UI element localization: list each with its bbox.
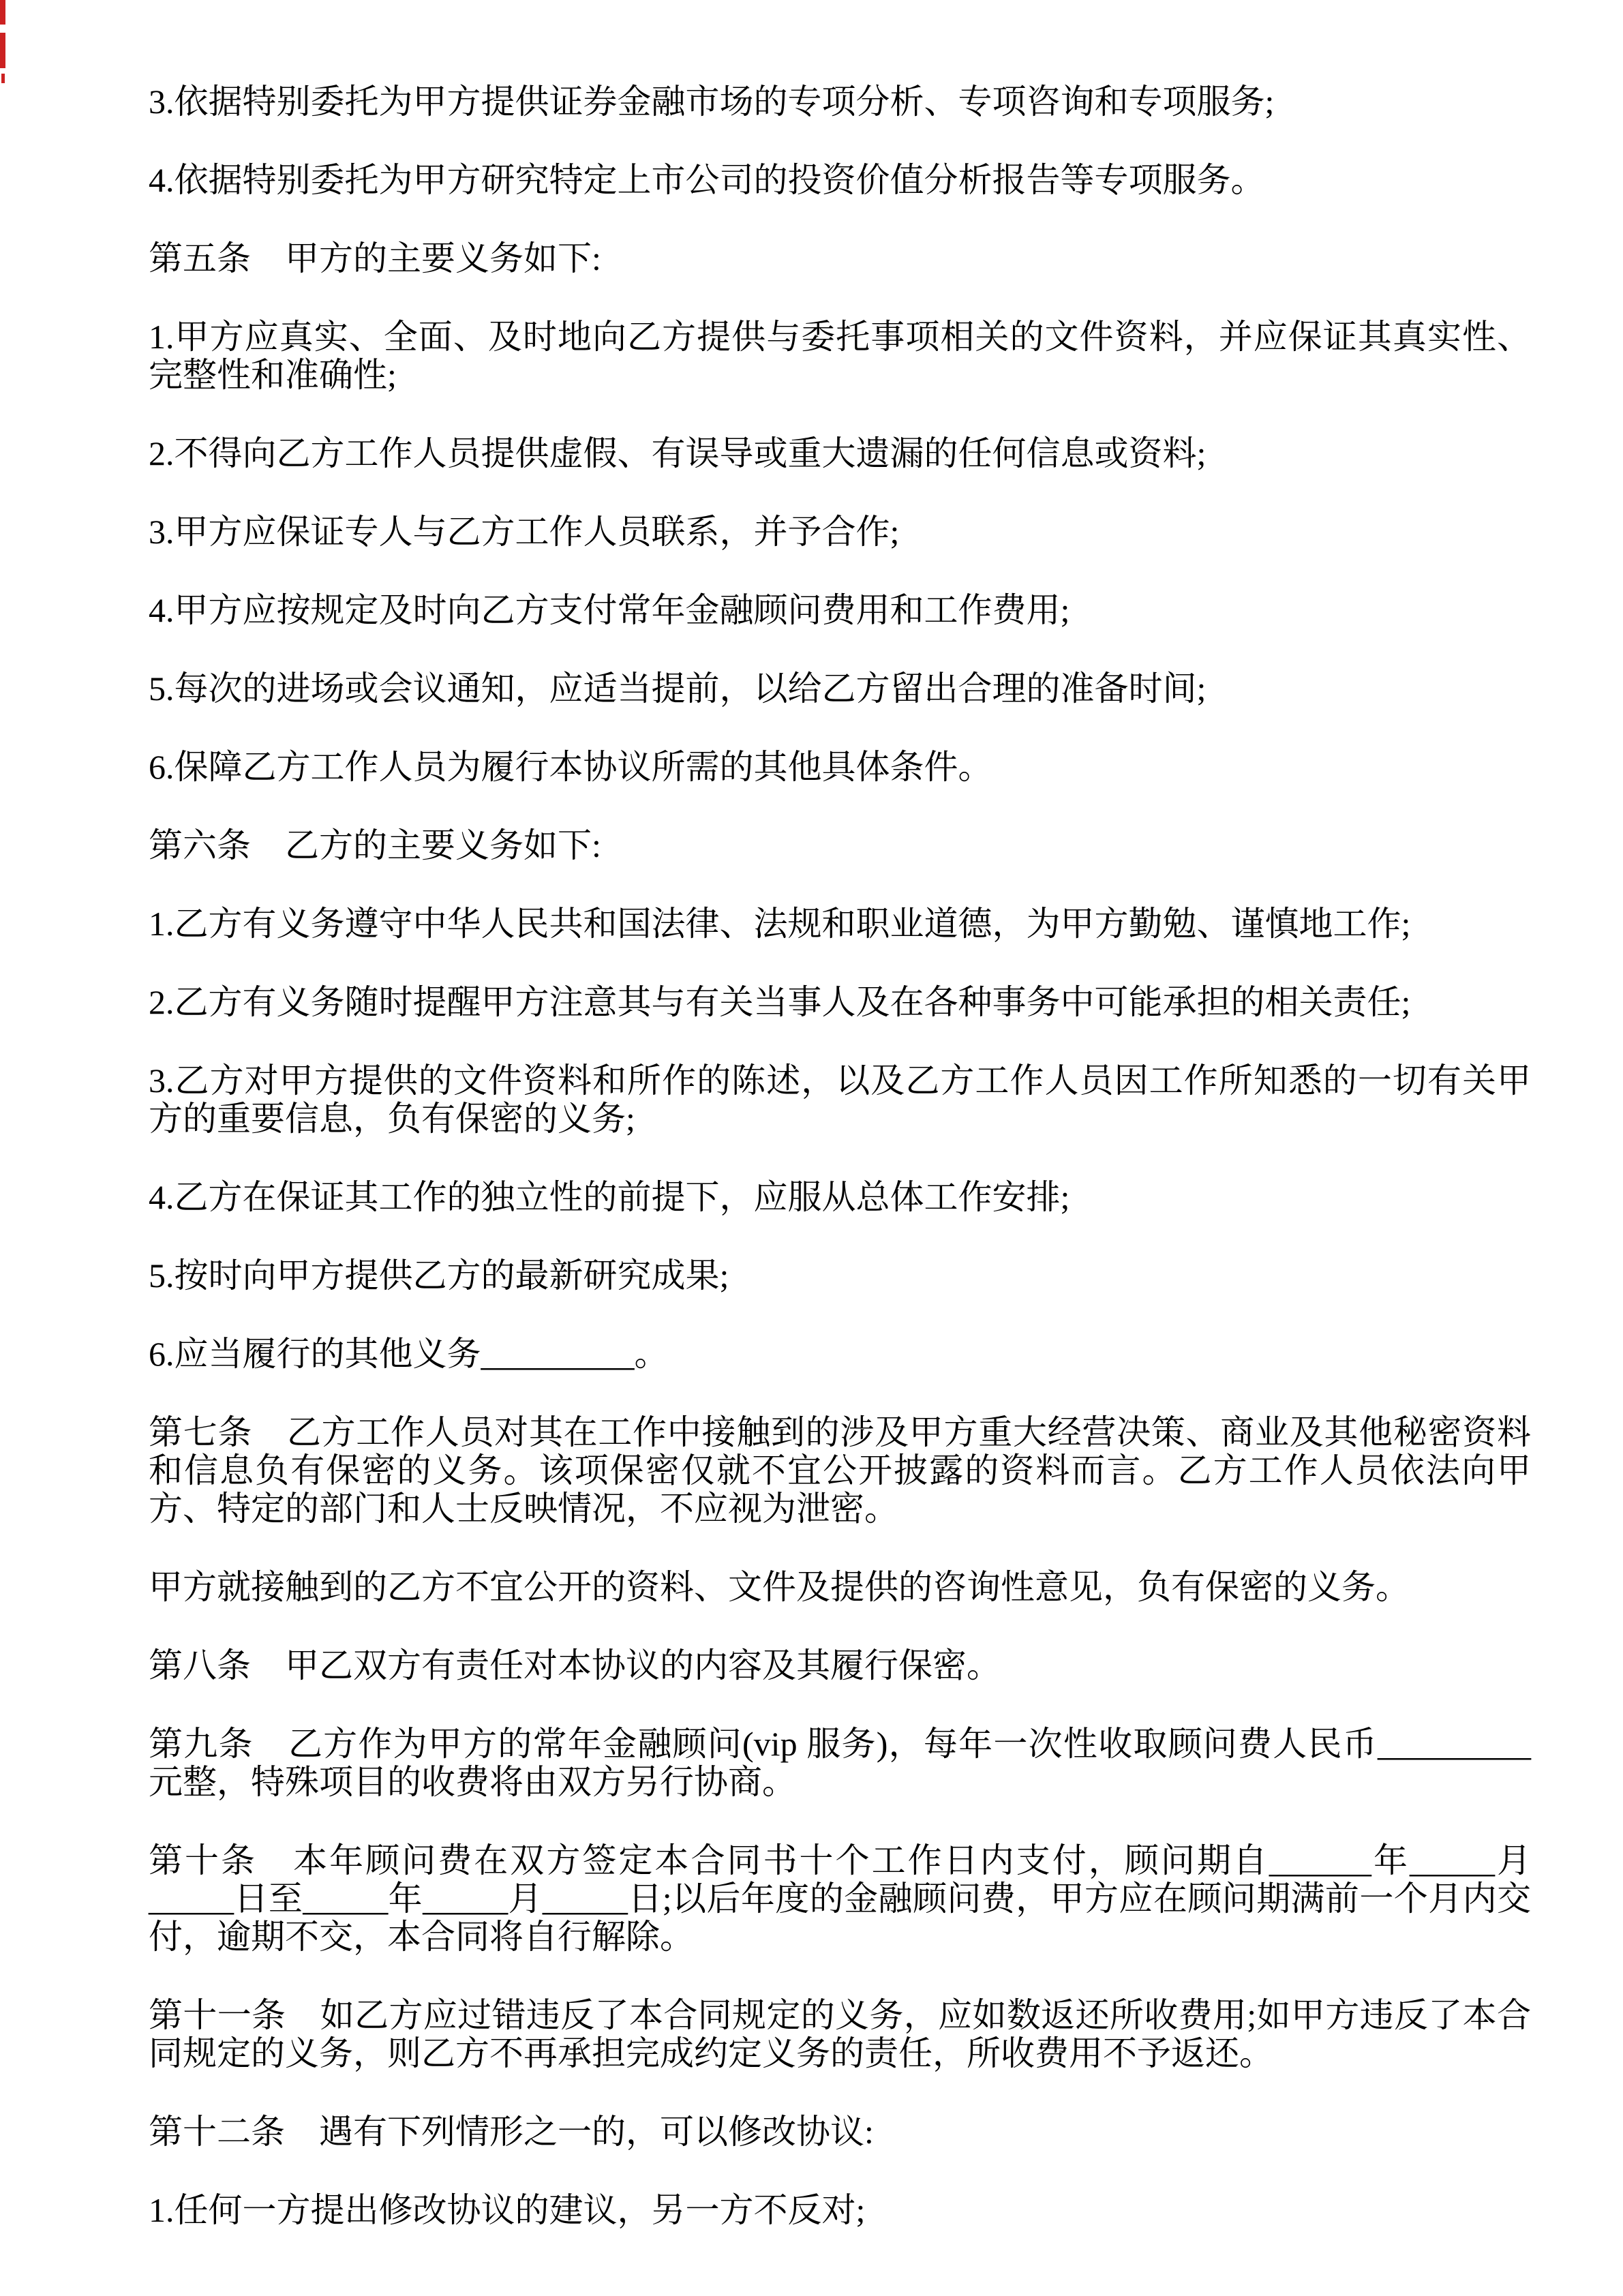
clause-item: 4.乙方在保证其工作的独立性的前提下，应服从总体工作安排; [149,1178,1531,1216]
clause-item: 3.乙方对甲方提供的文件资料和所作的陈述，以及乙方工作人员因工作所知悉的一切有关… [149,1061,1531,1138]
scan-artifact-red-dash [1,74,5,83]
clause-paragraph: 甲方就接触到的乙方不宜公开的资料、文件及提供的咨询性意见，负有保密的义务。 [149,1568,1531,1606]
scan-artifact-red-dash [0,33,5,68]
clause-item-with-blank: 6.应当履行的其他义务_________。 [149,1335,1531,1373]
clause-article-9-with-blank: 第九条 乙方作为甲方的常年金融顾问(vip 服务)，每年一次性收取顾问费人民币_… [149,1725,1531,1801]
clause-item: 3.甲方应保证专人与乙方工作人员联系，并予合作; [149,513,1531,551]
clause-item: 3.依据特别委托为甲方提供证券金融市场的专项分析、专项咨询和专项服务; [149,82,1531,121]
clause-article-8: 第八条 甲乙双方有责任对本协议的内容及其履行保密。 [149,1646,1531,1685]
clause-article-11: 第十一条 如乙方应过错违反了本合同规定的义务，应如数返还所收费用;如甲方违反了本… [149,1996,1531,2072]
clause-item: 4.依据特别委托为甲方研究特定上市公司的投资价值分析报告等专项服务。 [149,161,1531,199]
clause-item: 2.乙方有义务随时提醒甲方注意其与有关当事人及在各种事务中可能承担的相关责任; [149,983,1531,1021]
clause-item: 1.甲方应真实、全面、及时地向乙方提供与委托事项相关的文件资料，并应保证其真实性… [149,318,1531,394]
clause-item: 6.保障乙方工作人员为履行本协议所需的其他具体条件。 [149,748,1531,786]
clause-item: 1.乙方有义务遵守中华人民共和国法律、法规和职业道德，为甲方勤勉、谨慎地工作; [149,905,1531,943]
clause-heading-article-6: 第六条 乙方的主要义务如下: [149,826,1531,864]
clause-item: 5.按时向甲方提供乙方的最新研究成果; [149,1256,1531,1295]
clause-item: 4.甲方应按规定及时向乙方支付常年金融顾问费用和工作费用; [149,591,1531,629]
contract-page: 3.依据特别委托为甲方提供证券金融市场的专项分析、专项咨询和专项服务; 4.依据… [0,0,1623,2296]
clause-article-7: 第七条 乙方工作人员对其在工作中接触到的涉及甲方重大经营决策、商业及其他秘密资料… [149,1413,1531,1528]
clause-article-10-with-blanks: 第十条 本年顾问费在双方签定本合同书十个工作日内支付，顾问期自______年__… [149,1841,1531,1956]
clause-item: 2.不得向乙方工作人员提供虚假、有误导或重大遗漏的任何信息或资料; [149,434,1531,472]
clause-item: 1.任何一方提出修改协议的建议，另一方不反对; [149,2191,1531,2229]
scan-artifact-red-dash [0,0,5,25]
clause-item: 5.每次的进场或会议通知，应适当提前，以给乙方留出合理的准备时间; [149,669,1531,708]
contract-text-block: 3.依据特别委托为甲方提供证券金融市场的专项分析、专项咨询和专项服务; 4.依据… [149,82,1531,2229]
clause-heading-article-12: 第十二条 遇有下列情形之一的，可以修改协议: [149,2113,1531,2151]
clause-heading-article-5: 第五条 甲方的主要义务如下: [149,239,1531,277]
